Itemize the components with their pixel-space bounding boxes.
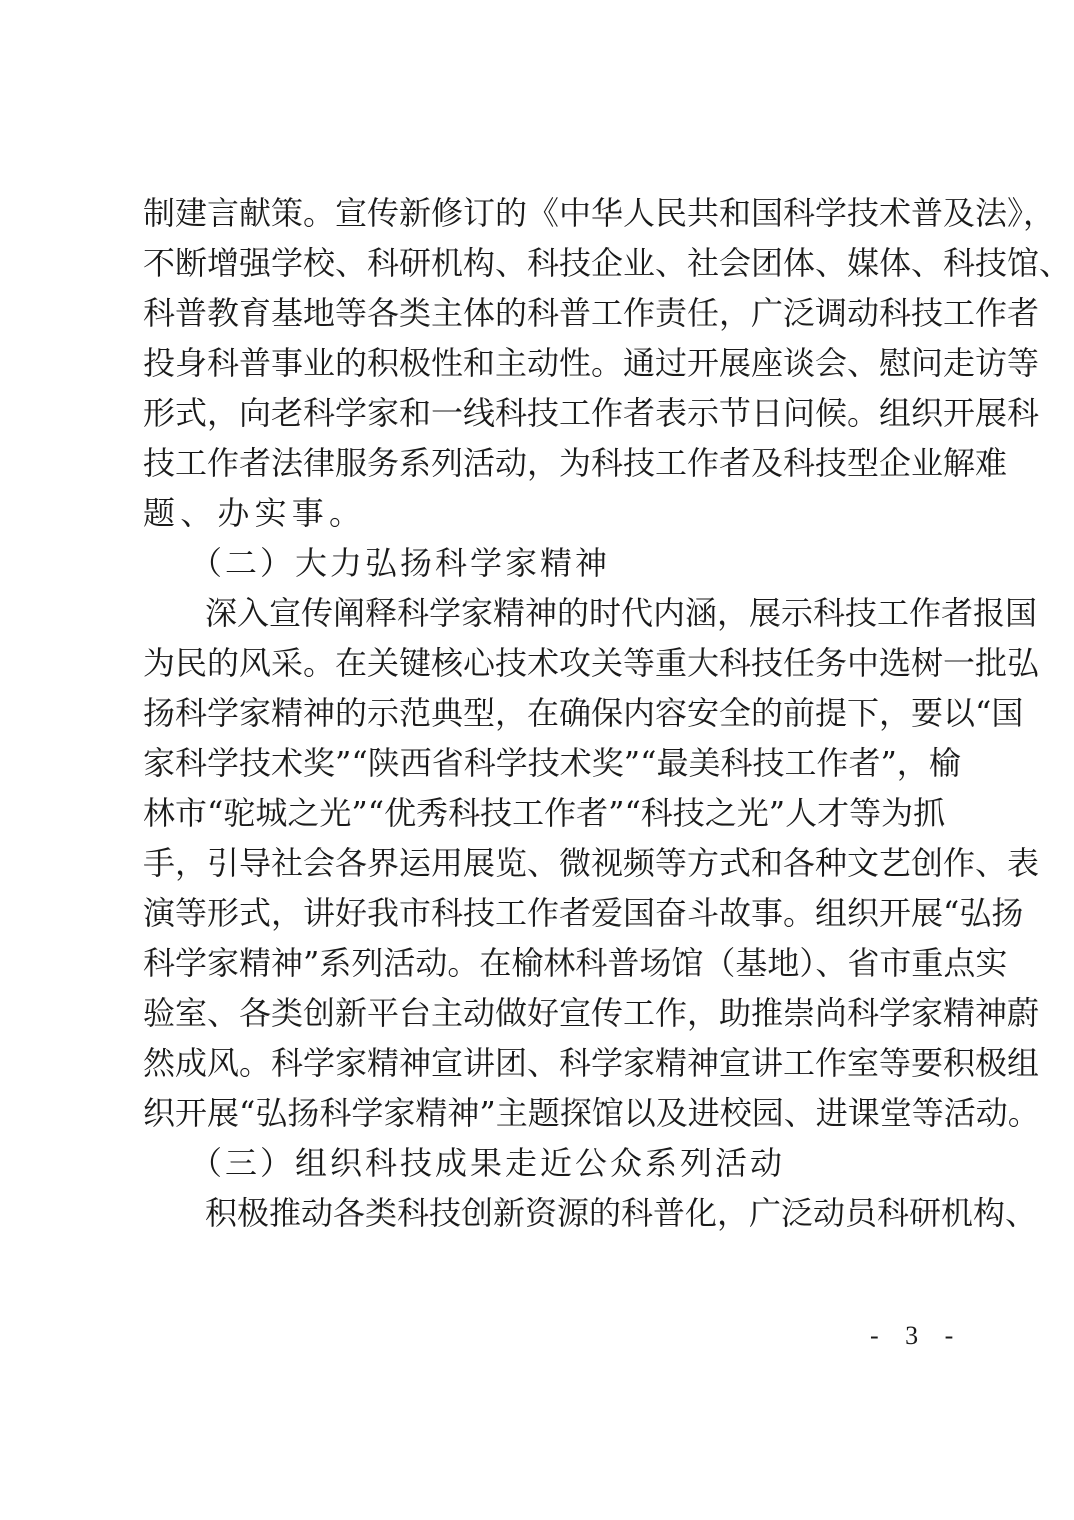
text-line: 科普教育基地等各类主体的科普工作责任，广泛调动科技工作者 [143, 293, 943, 333]
text-line: 不断增强学校、科研机构、科技企业、社会团体、媒体、科技馆、 [143, 243, 943, 283]
text-line: 扬科学家精神的示范典型，在确保内容安全的前提下，要以“国 [143, 693, 943, 733]
text-line: 家科学技术奖”“陕西省科学技术奖”“最美科技工作者”，榆 [143, 743, 943, 783]
text-line: 手，引导社会各界运用展览、微视频等方式和各种文艺创作、表 [143, 843, 943, 883]
text-line: 积极推动各类科技创新资源的科普化，广泛动员科研机构、 [205, 1193, 943, 1233]
text-line: 投身科普事业的积极性和主动性。通过开展座谈会、慰问走访等 [143, 343, 943, 383]
page-number: - 3 - [870, 1320, 963, 1352]
section-heading-2: （二）大力弘扬科学家精神 [190, 543, 990, 583]
text-line: 形式，向老科学家和一线科技工作者表示节日问候。组织开展科 [143, 393, 943, 433]
text-line: 演等形式，讲好我市科技工作者爱国奋斗故事。组织开展“弘扬 [143, 893, 943, 933]
text-line: 织开展“弘扬科学家精神”主题探馆以及进校园、进课堂等活动。 [143, 1093, 943, 1133]
text-line: 林市“驼城之光”“优秀科技工作者”“科技之光”人才等为抓 [143, 793, 943, 833]
text-line: 为民的风采。在关键核心技术攻关等重大科技任务中选树一批弘 [143, 643, 943, 683]
document-page: 制建言献策。宣传新修订的《中华人民共和国科学技术普及法》， 不断增强学校、科研机… [0, 0, 1074, 1520]
text-line: 然成风。科学家精神宣讲团、科学家精神宣讲工作室等要积极组 [143, 1043, 943, 1083]
text-line: 深入宣传阐释科学家精神的时代内涵，展示科技工作者报国 [205, 593, 943, 633]
text-line: 制建言献策。宣传新修订的《中华人民共和国科学技术普及法》， [143, 193, 943, 233]
text-line: 科学家精神”系列活动。在榆林科普场馆（基地）、省市重点实 [143, 943, 943, 983]
text-line: 题、办实事。 [143, 493, 943, 533]
text-line: 验室、各类创新平台主动做好宣传工作，助推崇尚科学家精神蔚 [143, 993, 943, 1033]
section-heading-3: （三）组织科技成果走近公众系列活动 [190, 1143, 990, 1183]
text-line: 技工作者法律服务系列活动，为科技工作者及科技型企业解难 [143, 443, 943, 483]
